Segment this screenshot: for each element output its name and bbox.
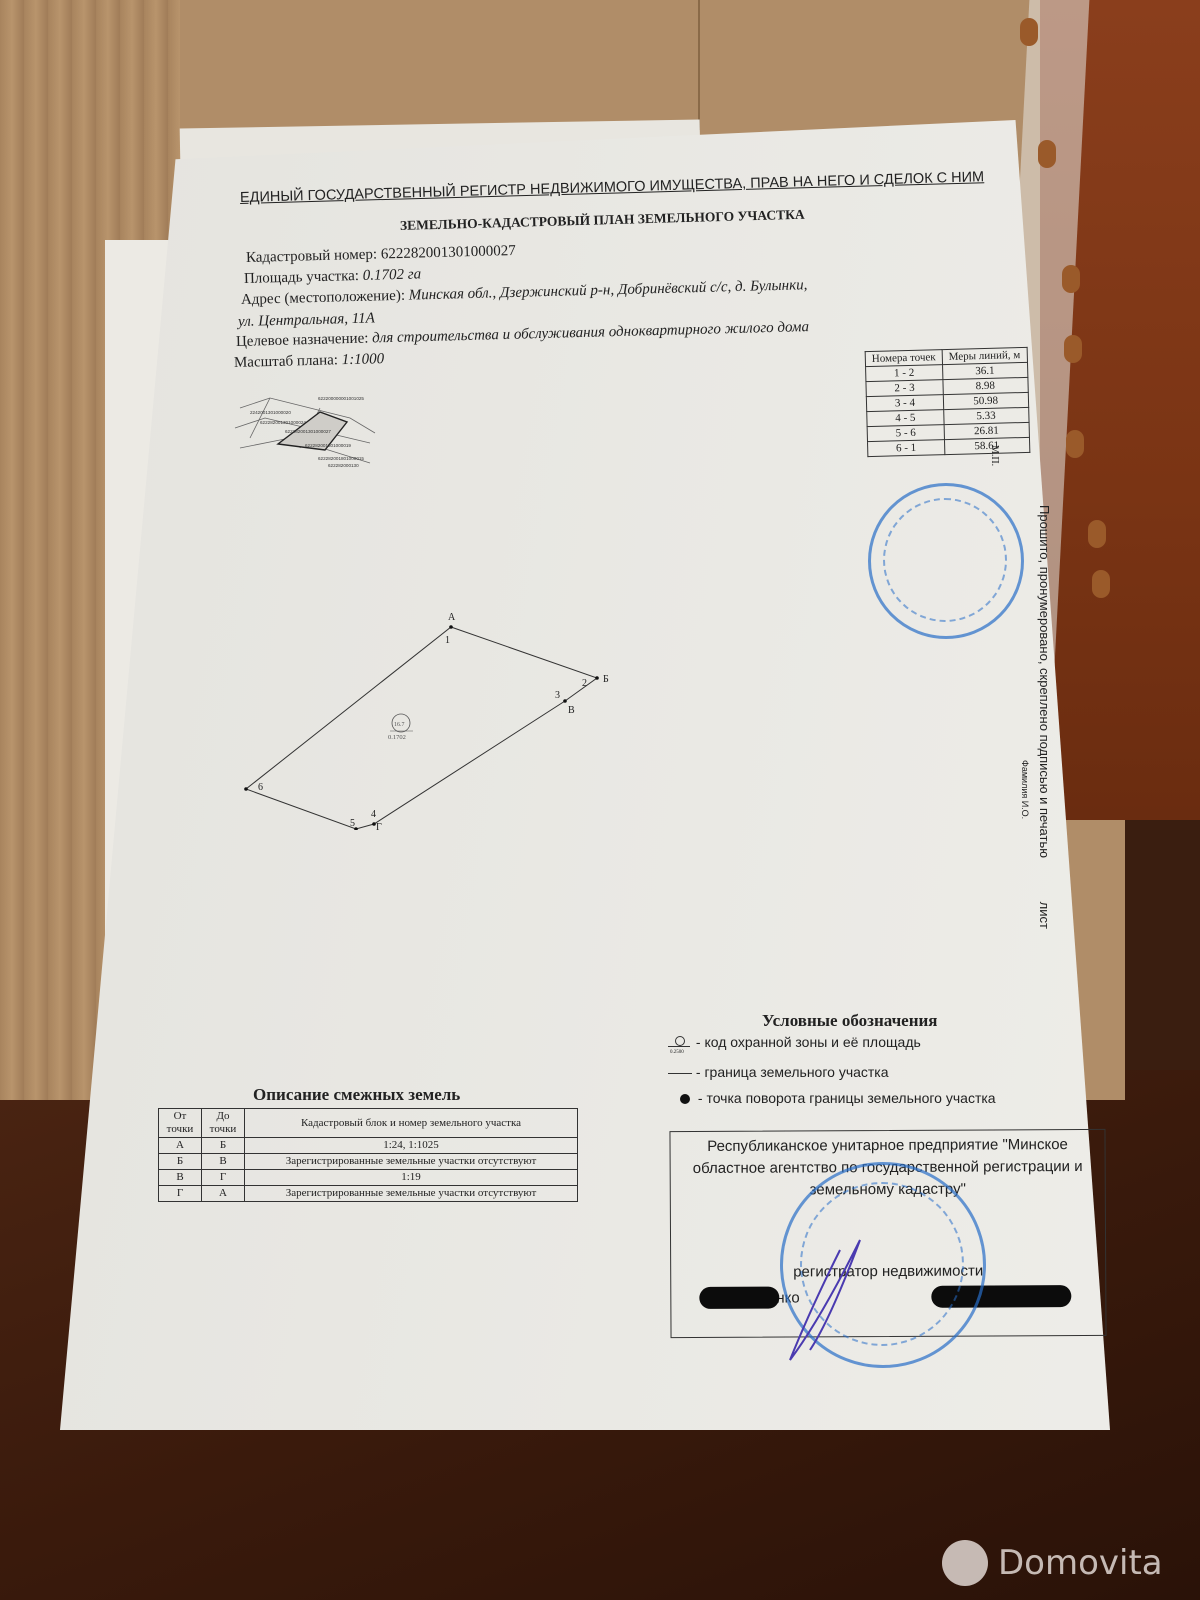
fio-label: Фамилия И.О. bbox=[1020, 760, 1030, 819]
boundary-line-icon bbox=[668, 1073, 692, 1074]
minimap-label: 622282001801000015 bbox=[318, 456, 364, 461]
punch-hole bbox=[1066, 430, 1084, 458]
legend-item-zone: - код охранной зоны и её площадь bbox=[668, 1034, 921, 1050]
table-cell: Г bbox=[159, 1186, 202, 1202]
table-cell: 1:24, 1:1025 bbox=[245, 1138, 578, 1154]
point-number-3: 3 bbox=[555, 690, 560, 701]
legend-label: - код охранной зоны и её площадь bbox=[696, 1034, 921, 1050]
turn-point-icon bbox=[449, 625, 453, 629]
table-row: АБ1:24, 1:1025 bbox=[159, 1138, 578, 1154]
zone-circle-icon bbox=[668, 1036, 692, 1050]
location-minimap: 622200000001001025 2242001301000020 6222… bbox=[230, 378, 380, 468]
adjacent-lands-table: От точки До точки Кадастровый блок и ном… bbox=[158, 1108, 578, 1202]
point-number-2: 2 bbox=[582, 678, 587, 689]
minimap-label: 622282001301000027 bbox=[285, 429, 331, 434]
table-cell: В bbox=[202, 1154, 245, 1170]
table-cell: 58.61 bbox=[944, 437, 1029, 454]
table-row: БВЗарегистрированные земельные участки о… bbox=[159, 1154, 578, 1170]
line-measures-table: Номера точек Меры линий, м 1 - 236.12 - … bbox=[865, 347, 1030, 457]
table-cell: Зарегистрированные земельные участки отс… bbox=[245, 1154, 578, 1170]
zone-code: 16.7 bbox=[394, 722, 405, 728]
punch-hole bbox=[1038, 140, 1056, 168]
cadastral-value: 622282001301000027 bbox=[381, 243, 516, 263]
table-row: ВГ1:19 bbox=[159, 1170, 578, 1186]
purpose-label: Целевое назначение: bbox=[236, 331, 369, 350]
punch-hole bbox=[1062, 265, 1080, 293]
turn-point-icon bbox=[595, 676, 599, 680]
address-line2: ул. Центральная, 11А bbox=[238, 310, 375, 331]
point-letter-g: Г bbox=[376, 822, 382, 830]
table-row: ГАЗарегистрированные земельные участки о… bbox=[159, 1186, 578, 1202]
cadastral-label: Кадастровый номер: bbox=[246, 247, 378, 266]
punch-hole bbox=[1020, 18, 1038, 46]
board-seam bbox=[698, 0, 700, 130]
table-cell: Б bbox=[159, 1154, 202, 1170]
domovita-watermark: Domovita bbox=[942, 1540, 1163, 1586]
point-letter-a: А bbox=[448, 612, 456, 623]
scale-label: Масштаб плана: bbox=[234, 352, 338, 371]
table-cell: Зарегистрированные земельные участки отс… bbox=[245, 1186, 578, 1202]
table-cell: В bbox=[159, 1170, 202, 1186]
punch-hole bbox=[1064, 335, 1082, 363]
legend-item-point: - точка поворота границы земельного учас… bbox=[680, 1090, 996, 1106]
col-header: От точки bbox=[159, 1109, 202, 1138]
point-letter-v: В bbox=[568, 705, 575, 716]
minimap-label: 622282001301000019 bbox=[305, 443, 351, 448]
table-cell: Б bbox=[202, 1138, 245, 1154]
legend-item-boundary: - граница земельного участка bbox=[668, 1064, 889, 1080]
point-number-5: 5 bbox=[350, 818, 355, 829]
col-header: Кадастровый блок и номер земельного учас… bbox=[245, 1109, 578, 1138]
adjacent-title: Описание смежных земель bbox=[253, 1085, 460, 1105]
turn-point-icon bbox=[244, 787, 248, 791]
legend-title: Условные обозначения bbox=[762, 1011, 938, 1031]
area-label: Площадь участка: bbox=[244, 268, 359, 287]
legend-label: - точка поворота границы земельного учас… bbox=[698, 1090, 996, 1106]
legend-sub: 0.2500 bbox=[670, 1050, 684, 1055]
table-cell: А bbox=[159, 1138, 202, 1154]
address-value-line2: ул. Центральная, 11А bbox=[238, 310, 375, 330]
minimap-label: 2242001301000020 bbox=[250, 410, 291, 415]
punch-hole bbox=[1092, 570, 1110, 598]
watermark-text: Domovita bbox=[998, 1543, 1163, 1583]
point-number-6: 6 bbox=[258, 782, 263, 793]
minimap-label: 622200000001001025 bbox=[318, 396, 364, 401]
table-cell: 6 - 1 bbox=[868, 440, 945, 457]
legend-label: - граница земельного участка bbox=[696, 1064, 889, 1080]
table-cell: 1:19 bbox=[245, 1170, 578, 1186]
scale-value: 1:1000 bbox=[342, 351, 385, 368]
logo-dot-icon bbox=[942, 1540, 988, 1586]
point-letter-b: Б bbox=[603, 674, 609, 685]
minimap-label: 622282001301000024 bbox=[260, 420, 306, 425]
col-header: До точки bbox=[202, 1109, 245, 1138]
signature bbox=[780, 1230, 900, 1370]
punch-hole bbox=[1088, 520, 1106, 548]
mp-label: М.П. bbox=[989, 445, 1000, 466]
redaction-mark bbox=[699, 1287, 779, 1309]
turn-point-icon bbox=[563, 699, 567, 703]
binding-note: Прошито, пронумеровано, скреплено подпис… bbox=[1037, 505, 1052, 929]
binding-note-text: Прошито, пронумеровано, скреплено подпис… bbox=[1037, 505, 1052, 858]
minimap-label: 622282000130 bbox=[328, 463, 359, 468]
turn-point-icon bbox=[680, 1094, 690, 1104]
area-value: 0.1702 га bbox=[363, 266, 422, 284]
address-label: Адрес (местоположение): bbox=[241, 288, 405, 308]
point-number-1: 1 bbox=[445, 635, 450, 646]
sheet-label: лист bbox=[1037, 902, 1052, 929]
table-cell: А bbox=[202, 1186, 245, 1202]
plot-drawing: А 1 Б 2 3 В 4 Г 5 6 16.7 0.1702 bbox=[230, 590, 620, 830]
point-number-4: 4 bbox=[371, 809, 376, 820]
zone-area: 0.1702 bbox=[388, 734, 406, 741]
stamp-inner-ring bbox=[883, 498, 1007, 622]
table-cell: Г bbox=[202, 1170, 245, 1186]
